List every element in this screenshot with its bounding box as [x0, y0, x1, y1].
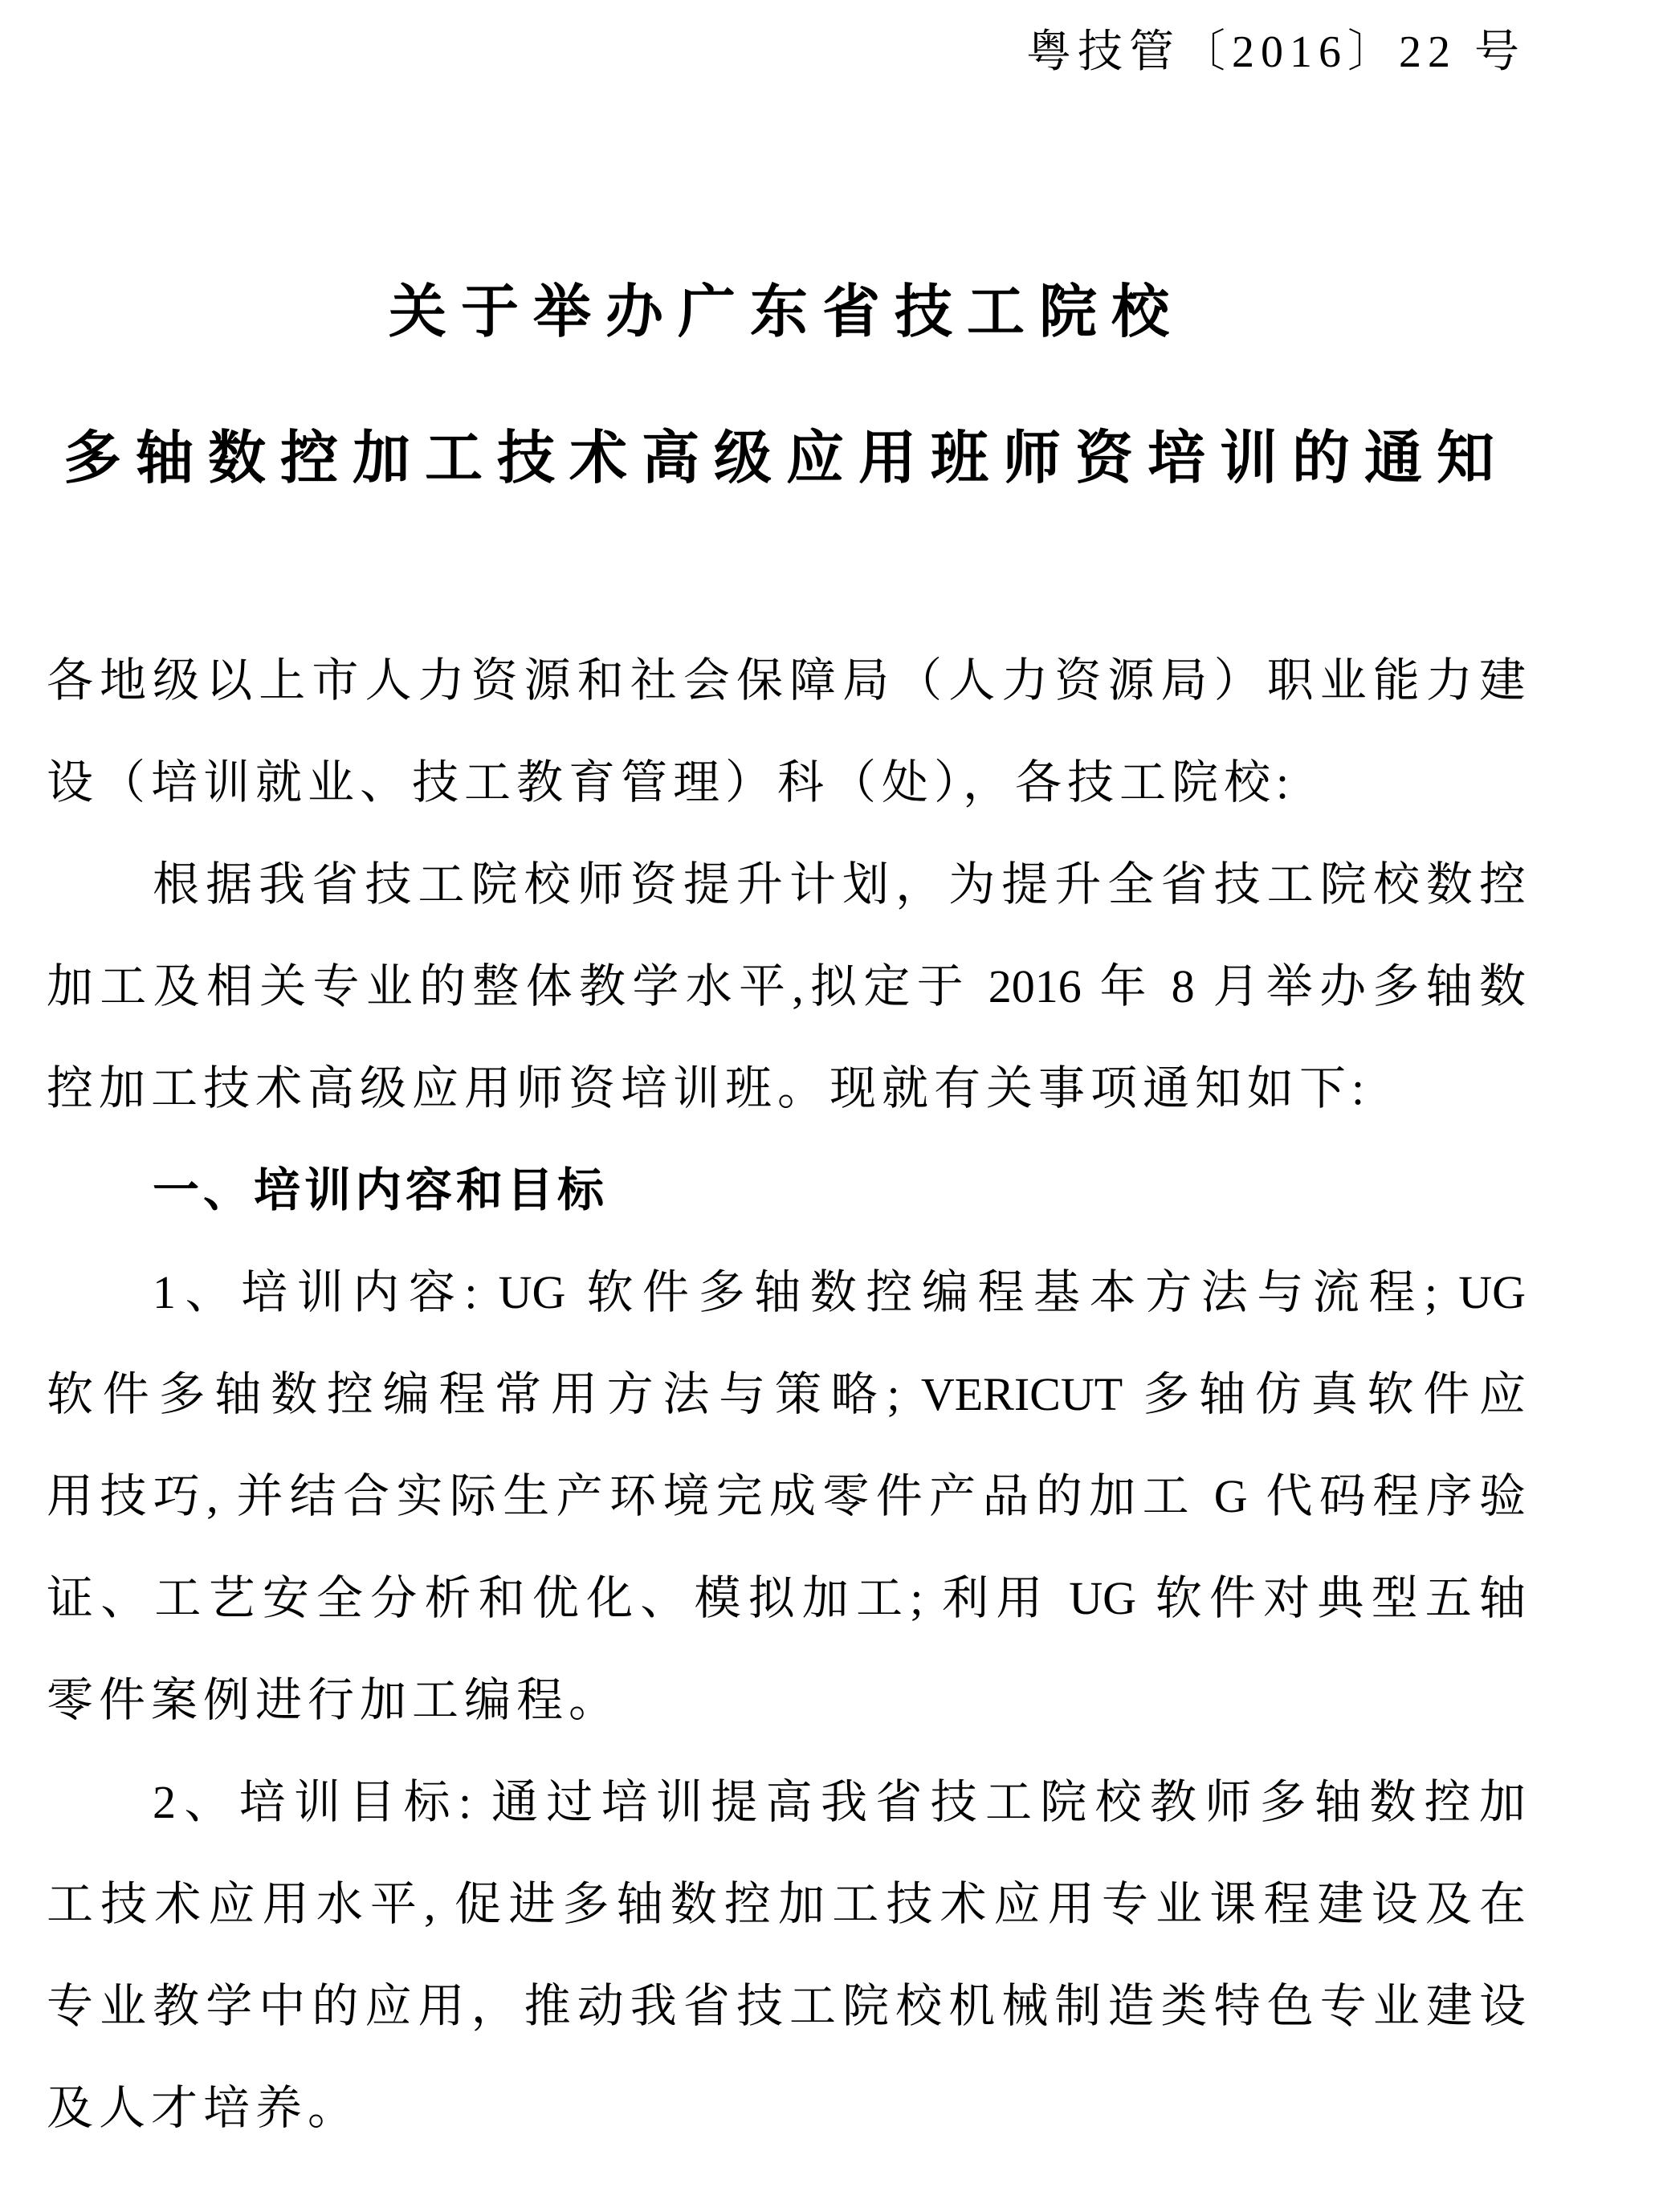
- document-title: 关于举办广东省技工院校 多轴数控加工技术高级应用班师资培训的通知: [47, 283, 1526, 488]
- document-page: 粤技管〔2016〕22 号 关于举办广东省技工院校 多轴数控加工技术高级应用班师…: [0, 0, 1659, 2212]
- item1-line-1: 1、培训内容: UG 软件多轴数控编程基本方法与流程; UG: [47, 1241, 1526, 1343]
- title-line-2: 多轴数控加工技术高级应用班师资培训的通知: [47, 429, 1526, 488]
- item1-line-4: 证、工艺安全分析和优化、模拟加工; 利用 UG 软件对典型五轴: [47, 1547, 1526, 1649]
- item1-line-3: 用技巧, 并结合实际生产环境完成零件产品的加工 G 代码程序验: [47, 1445, 1526, 1547]
- item2-line-3: 专业教学中的应用，推动我省技工院校机械制造类特色专业建设: [47, 1955, 1526, 2057]
- item2-line-1: 2、培训目标: 通过培训提高我省技工院校教师多轴数控加: [47, 1751, 1526, 1853]
- item2-line-4: 及人才培养。: [47, 2057, 1526, 2159]
- salutation-line-2: 设（培训就业、技工教育管理）科（处），各技工院校:: [47, 731, 1526, 833]
- salutation-line-1: 各地级以上市人力资源和社会保障局（人力资源局）职业能力建: [47, 629, 1526, 731]
- intro-line-1: 根据我省技工院校师资提升计划，为提升全省技工院校数控: [47, 833, 1526, 935]
- item1-line-2: 软件多轴数控编程常用方法与策略; VERICUT 多轴仿真软件应: [47, 1343, 1526, 1445]
- item1-line-5: 零件案例进行加工编程。: [47, 1649, 1526, 1751]
- item2-line-2: 工技术应用水平, 促进多轴数控加工技术应用专业课程建设及在: [47, 1853, 1526, 1955]
- document-body: 各地级以上市人力资源和社会保障局（人力资源局）职业能力建 设（培训就业、技工教育…: [47, 629, 1526, 2159]
- section-heading-1: 一、培训内容和目标: [47, 1139, 1526, 1241]
- doc-number: 粤技管〔2016〕22 号: [47, 24, 1526, 80]
- intro-line-2: 加工及相关专业的整体教学水平,拟定于 2016 年 8 月举办多轴数: [47, 935, 1526, 1037]
- intro-line-3: 控加工技术高级应用师资培训班。现就有关事项通知如下:: [47, 1037, 1526, 1139]
- title-line-1: 关于举办广东省技工院校: [47, 283, 1526, 342]
